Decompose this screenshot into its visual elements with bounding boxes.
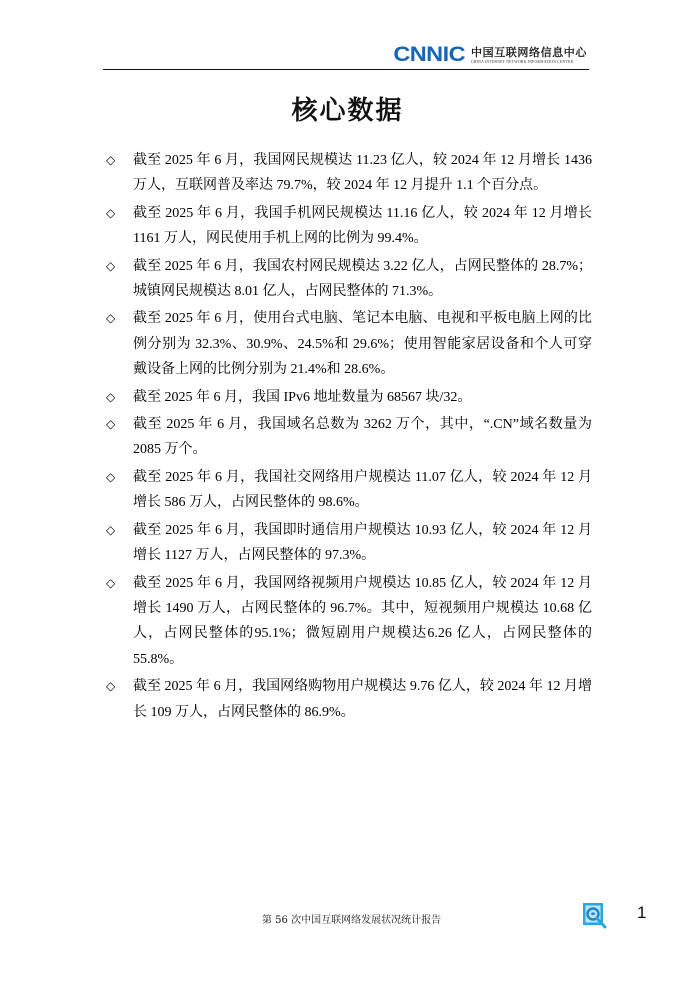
page-header: CNNIC 中国互联网络信息中心 CHINA INTERNET NETWORK …	[103, 40, 589, 70]
diamond-bullet-icon: ◇	[106, 254, 115, 279]
diamond-bullet-icon: ◇	[106, 385, 115, 410]
report-magnifier-icon	[583, 903, 607, 929]
cnnic-logo: CNNIC 中国互联网络信息中心 CHINA INTERNET NETWORK …	[401, 45, 587, 65]
list-item: ◇ 截至 2025 年 6 月，使用台式电脑、笔记本电脑、电视和平板电脑上网的比…	[100, 306, 592, 382]
diamond-bullet-icon: ◇	[106, 148, 115, 173]
diamond-bullet-icon: ◇	[106, 674, 115, 699]
diamond-bullet-icon: ◇	[106, 306, 115, 331]
diamond-bullet-icon: ◇	[106, 412, 115, 437]
list-item: ◇ 截至 2025 年 6 月，我国农村网民规模达 3.22 亿人，占网民整体的…	[100, 254, 592, 305]
list-item-text: 截至 2025 年 6 月，我国农村网民规模达 3.22 亿人，占网民整体的 2…	[133, 259, 592, 299]
key-data-list: ◇ 截至 2025 年 6 月，我国网民规模达 11.23 亿人，较 2024 …	[100, 148, 592, 727]
logo-text: 中国互联网络信息中心 CHINA INTERNET NETWORK INFORM…	[471, 46, 587, 65]
list-item-text: 截至 2025 年 6 月，我国网络视频用户规模达 10.85 亿人，较 202…	[133, 576, 592, 667]
list-item: ◇ 截至 2025 年 6 月，我国网络视频用户规模达 10.85 亿人，较 2…	[100, 571, 592, 673]
logo-english-name: CHINA INTERNET NETWORK INFORMATION CENTE…	[471, 59, 587, 65]
list-item-text: 截至 2025 年 6 月，使用台式电脑、笔记本电脑、电视和平板电脑上网的比例分…	[133, 311, 592, 377]
list-item: ◇ 截至 2025 年 6 月，我国网民规模达 11.23 亿人，较 2024 …	[100, 148, 592, 199]
list-item: ◇ 截至 2025 年 6 月，我国网络购物用户规模达 9.76 亿人，较 20…	[100, 674, 592, 725]
diamond-bullet-icon: ◇	[106, 571, 115, 596]
list-item: ◇ 截至 2025 年 6 月，我国手机网民规模达 11.16 亿人，较 202…	[100, 201, 592, 252]
page-number: 1	[637, 903, 646, 923]
list-item-text: 截至 2025 年 6 月，我国网民规模达 11.23 亿人，较 2024 年 …	[133, 153, 592, 193]
list-item-text: 截至 2025 年 6 月，我国社交网络用户规模达 11.07 亿人，较 202…	[133, 470, 592, 510]
list-item-text: 截至 2025 年 6 月，我国 IPv6 地址数量为 68567 块/32。	[133, 390, 471, 405]
logo-chinese-name: 中国互联网络信息中心	[471, 46, 587, 59]
diamond-bullet-icon: ◇	[106, 201, 115, 226]
list-item-text: 截至 2025 年 6 月，我国网络购物用户规模达 9.76 亿人，较 2024…	[133, 679, 592, 719]
list-item-text: 截至 2025 年 6 月，我国域名总数为 3262 万个，其中，“.CN”域名…	[133, 417, 592, 457]
diamond-bullet-icon: ◇	[106, 518, 115, 543]
list-item: ◇ 截至 2025 年 6 月，我国即时通信用户规模达 10.93 亿人，较 2…	[100, 518, 592, 569]
diamond-bullet-icon: ◇	[106, 465, 115, 490]
list-item: ◇ 截至 2025 年 6 月，我国 IPv6 地址数量为 68567 块/32…	[100, 385, 592, 410]
list-item-text: 截至 2025 年 6 月，我国即时通信用户规模达 10.93 亿人，较 202…	[133, 523, 592, 563]
list-item: ◇ 截至 2025 年 6 月，我国社交网络用户规模达 11.07 亿人，较 2…	[100, 465, 592, 516]
page-title: 核心数据	[0, 90, 695, 127]
footer-report-title: 第 56 次中国互联网络发展状况统计报告	[262, 911, 441, 926]
list-item-text: 截至 2025 年 6 月，我国手机网民规模达 11.16 亿人，较 2024 …	[133, 206, 592, 246]
list-item: ◇ 截至 2025 年 6 月，我国域名总数为 3262 万个，其中，“.CN”…	[100, 412, 592, 463]
cnnic-logo-mark: CNNIC	[393, 45, 465, 65]
